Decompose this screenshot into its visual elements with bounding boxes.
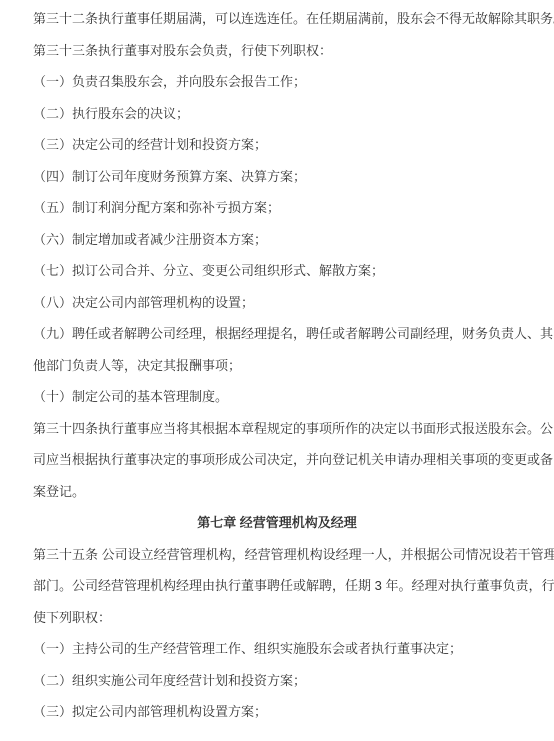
paragraph-line: （四）制订公司年度财务预算方案、决算方案； [0, 161, 554, 193]
paragraph-line: （三）拟定公司内部管理机构设置方案； [0, 696, 554, 728]
paragraph-line: 部门。公司经营管理机构经理由执行董事聘任或解聘，任期 3 年。经理对执行董事负责… [0, 570, 554, 602]
paragraph-line: （三）决定公司的经营计划和投资方案； [0, 129, 554, 161]
paragraph-line: 使下列职权： [0, 602, 554, 634]
paragraph-line: （五）制订利润分配方案和弥补亏损方案； [0, 192, 554, 224]
paragraph-line: （一）负责召集股东会，并向股东会报告工作； [0, 66, 554, 98]
paragraph-line: （六）制定增加或者减少注册资本方案； [0, 224, 554, 256]
chapter-heading: 第七章 经营管理机构及经理 [0, 507, 554, 539]
paragraph-line: （九）聘任或者解聘公司经理，根据经理提名，聘任或者解聘公司副经理，财务负责人、其 [0, 318, 554, 350]
paragraph-line: 第三十二条执行董事任期届满，可以连选连任。在任期届满前，股东会不得无故解除其职务… [0, 3, 554, 35]
paragraph-line: （二）执行股东会的决议； [0, 98, 554, 130]
paragraph-line: 他部门负责人等，决定其报酬事项； [0, 350, 554, 382]
paragraph-line: 第三十三条执行董事对股东会负责，行使下列职权： [0, 35, 554, 67]
document-page: 第三十二条执行董事任期届满，可以连选连任。在任期届满前，股东会不得无故解除其职务… [0, 0, 554, 741]
paragraph-line: （二）组织实施公司年度经营计划和投资方案； [0, 665, 554, 697]
paragraph-line: （八）决定公司内部管理机构的设置； [0, 287, 554, 319]
paragraph-line: （七）拟订公司合并、分立、变更公司组织形式、解散方案； [0, 255, 554, 287]
paragraph-line: （十）制定公司的基本管理制度。 [0, 381, 554, 413]
paragraph-line: 第三十五条 公司设立经营管理机构，经营管理机构设经理一人，并根据公司情况设若干管… [0, 539, 554, 571]
paragraph-line: 第三十四条执行董事应当将其根据本章程规定的事项所作的决定以书面形式报送股东会。公 [0, 413, 554, 445]
paragraph-line: 司应当根据执行董事决定的事项形成公司决定，并向登记机关申请办理相关事项的变更或备 [0, 444, 554, 476]
paragraph-line: （一）主持公司的生产经营管理工作、组织实施股东会或者执行董事决定； [0, 633, 554, 665]
paragraph-line: 案登记。 [0, 476, 554, 508]
